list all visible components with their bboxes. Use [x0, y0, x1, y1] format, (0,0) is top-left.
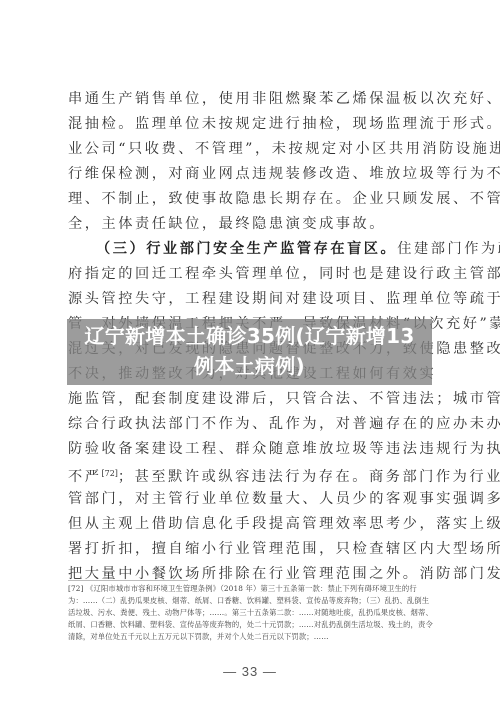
footnote-line: [72] 《辽阳市城市市容和环境卫生管理条例》（2018 年）第三十五条第一款：…: [68, 583, 434, 595]
body-text-line: 全，主体责任缺位，最终隐患演变成事故。: [68, 213, 434, 235]
section-heading-line: （三）行业部门安全生产监管存在盲区。住建部门作为政: [96, 238, 434, 260]
body-text-line: 施监管，配套制度建设滞后，只管合法、不管违法；城市管理: [68, 388, 434, 410]
body-text: 不严: [68, 469, 101, 485]
body-text-line: 混抽检。监理单位未按规定进行抽检，现场监理流于形式。物: [68, 113, 434, 135]
body-text-line: 署打折扣，擅自缩小行业管理范围，只检查辖区内大型场所，: [68, 538, 434, 560]
footnote-line: 活垃圾、污水、粪便、残土、动物尸体等；……。第三十五条第二款：……对随地吐痰，乱…: [68, 607, 434, 619]
page-number: — 33 —: [0, 664, 500, 679]
section-heading: （三）行业部门安全生产监管存在盲区。: [96, 241, 397, 257]
section-heading-rest: 住建部门作为政: [397, 241, 500, 257]
body-text-line: 但从主观上借助信息化手段提高管理效率思考少，落实上级部: [68, 513, 434, 535]
footnote-line: 纸屑、口香糖、饮料罐、塑料袋、宣传品等废弃物的，处二十元罚款；……对乱扔乱倒生活…: [68, 619, 434, 631]
headline-line-2: 例本土病例): [67, 351, 432, 381]
headline-overlay-banner[interactable]: 辽宁新增本土确诊35例(辽宁新增13 例本土病例): [67, 319, 432, 385]
footnote-line: 清除，对单位处五千元以上五万元以下罚款，并对个人处二百元以下罚款；……: [68, 631, 434, 643]
body-text-line: 把大量中小餐饮场所排除在行业管理范围之外。消防部门发挥: [68, 563, 434, 585]
body-text-line: 源头管控失守，工程建设期间对建设项目、监理单位等疏于监: [68, 288, 434, 310]
headline-line-1: 辽宁新增本土确诊35例(辽宁新增13: [67, 321, 432, 351]
body-text-line: 防验收备案建设工程、群众随意堆放垃圾等违法违规行为执法: [68, 438, 434, 460]
footnote-ref-line: 不严[72]；甚至默许或纵容违法行为存在。商务部门作为行业主: [68, 463, 434, 485]
body-text-line: 理、不制止，致使事故隐患长期存在。企业只顾发展、不管安: [68, 188, 434, 210]
body-text-line: 业公司“只收费、不管理”，未按规定对小区共用消防设施进: [68, 138, 434, 160]
body-text-line: 管部门，对主管行业单位数量大、人员少的客观事实强调多，: [68, 488, 434, 510]
body-text: ；甚至默许或纵容违法行为存在。商务部门作为行业主: [118, 469, 500, 485]
footnote-divider: [68, 580, 188, 581]
headline-title: 辽宁新增本土确诊35例(辽宁新增13 例本土病例): [67, 321, 432, 381]
document-page: 串通生产销售单位，使用非阻燃聚苯乙烯保温板以次充好、蒙 混抽检。监理单位未按规定…: [0, 0, 500, 706]
footnote-line: 为：……（二）乱扔瓜果皮核、烟蒂、纸屑、口香糖、饮料罐、塑料袋、宣传品等废弃物；…: [68, 595, 434, 607]
body-text-line: 综合行政执法部门不作为、乱作为，对普遍存在的应办未办消: [68, 413, 434, 435]
footnote-reference[interactable]: [72]: [101, 469, 117, 478]
body-text-line: 行维保检测，对商业网点违规装修改造、堆放垃圾等行为不管: [68, 163, 434, 185]
body-text-line: 串通生产销售单位，使用非阻燃聚苯乙烯保温板以次充好、蒙: [68, 88, 434, 110]
body-text-line: 府指定的回迁工程牵头管理单位，同时也是建设行政主管部门，: [68, 263, 434, 285]
